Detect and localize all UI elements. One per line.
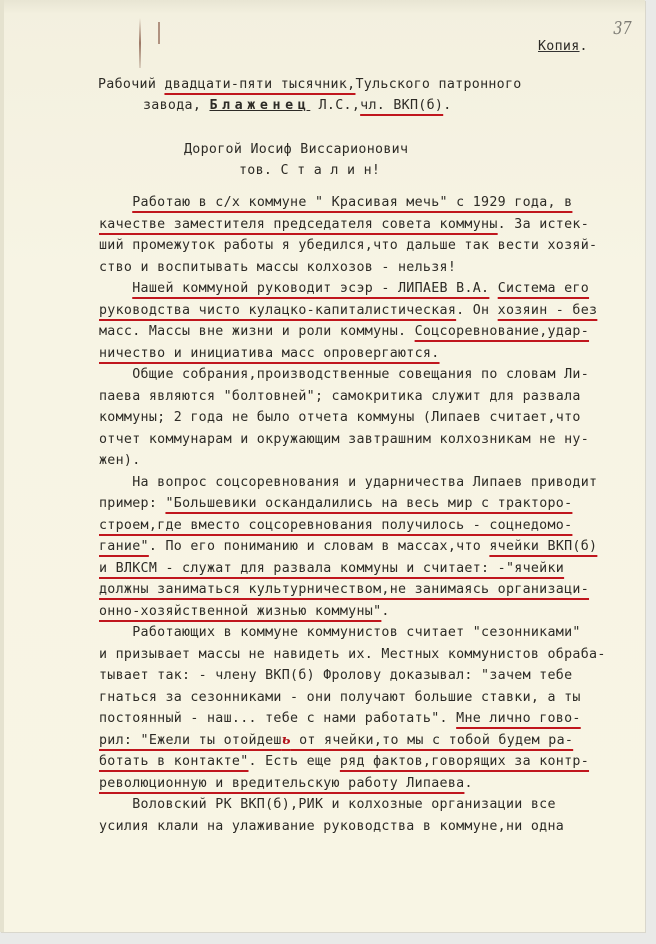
letter-line: строем,где вместо соцсоревнования получи… xyxy=(99,515,606,537)
text-segment: гнаться за сезонниками - они получают бо… xyxy=(99,690,581,705)
underlined-text: ботать в контакте" xyxy=(99,754,249,769)
letter-line: отчет коммунарам и окружающим завтрашним… xyxy=(99,429,606,451)
letter-body: Работаю в с/х коммуне " Красивая мечь" с… xyxy=(99,192,606,837)
underlined-text: руководства чисто кулацко-капиталистичес… xyxy=(99,303,456,318)
letter-line: онно-хозяйственной жизнью коммуны". xyxy=(99,601,606,623)
text-segment: пример: xyxy=(99,496,165,511)
text-segment: . xyxy=(381,604,389,619)
text-segment xyxy=(99,195,132,210)
underlined-text: ь xyxy=(282,733,291,748)
text-segment xyxy=(489,281,497,296)
letter-line: и ВЛКСМ - служат для развала коммуны и с… xyxy=(99,558,606,580)
header-underlined-phrase: двадцати-пяти тысячник, xyxy=(164,77,355,92)
letter-line: На вопрос соцсоревнования и ударничества… xyxy=(99,472,606,494)
text-segment: масс. Массы вне жизни и роли коммуны. xyxy=(99,324,415,339)
text-segment: . Есть еще xyxy=(249,754,340,769)
text-segment: . Он xyxy=(456,303,498,318)
letter-line: пример: "Большевики оскандалились на вес… xyxy=(99,493,606,515)
underlined-text: рил: "Ежели ты отойдеш xyxy=(99,733,282,748)
author-surname: Блаженец xyxy=(209,98,310,113)
letter-line: ничество и инициатива масс опровергаются… xyxy=(99,343,606,365)
underlined-text: хозяин - без xyxy=(498,303,598,318)
party-membership: чл. ВКП(б) xyxy=(360,98,443,113)
letter-line: гание". По его пониманию и словам в масс… xyxy=(99,536,606,558)
underlined-text: от ячейки,то мы с тобой будем ра- xyxy=(291,733,573,748)
copy-mark-label: Копия xyxy=(538,39,580,54)
pencil-mark xyxy=(139,18,141,68)
underlined-text: Система его xyxy=(498,281,589,296)
letter-line: масс. Массы вне жизни и роли коммуны. Со… xyxy=(99,321,606,343)
salutation-line-2: тов. С т а л и н! xyxy=(239,160,380,181)
letter-line: и призывает массы не навидеть их. Местны… xyxy=(99,644,606,666)
text-segment: паева являются "болтовней"; самокритика … xyxy=(99,389,581,404)
letter-line: усилия клали на улаживание руководства в… xyxy=(99,816,606,838)
underlined-text: и ВЛКСМ - служат для развала коммуны и с… xyxy=(99,561,564,576)
text-segment: ший промежуток работы я убедился,что дал… xyxy=(99,238,597,253)
underlined-text: онно-хозяйственной жизнью коммуны" xyxy=(99,604,381,619)
letter-line: гнаться за сезонниками - они получают бо… xyxy=(99,687,606,709)
letter-line: паева являются "болтовней"; самокритика … xyxy=(99,386,606,408)
letter-line: тывает так: - члену ВКП(б) Фролову доказ… xyxy=(99,665,606,687)
text-segment: коммуны; 2 года не было отчета коммуны (… xyxy=(99,410,581,425)
underlined-text: строем,где вместо соцсоревнования получи… xyxy=(99,518,572,533)
underlined-text: "Большевики оскандалились на весь мир с … xyxy=(165,496,572,511)
underlined-text: качестве заместителя председателя совета… xyxy=(99,217,498,232)
letter-line: Нашей коммуной руководит эсэр - ЛИПАЕВ В… xyxy=(99,278,606,300)
text-segment xyxy=(99,281,132,296)
text-segment: Работающих в коммуне коммунистов считает… xyxy=(99,625,581,640)
underlined-text: гание" xyxy=(99,539,149,554)
text-segment: . xyxy=(464,776,472,791)
letter-line: Работаю в с/х коммуне " Красивая мечь" с… xyxy=(99,192,606,214)
letter-line: рил: "Ежели ты отойдешь от ячейки,то мы … xyxy=(99,730,606,752)
text-segment: Общие собрания,производственные совещани… xyxy=(99,367,589,382)
text-segment: постоянный - наш... тебе с нами работать… xyxy=(99,711,456,726)
header-line-1: Рабочий двадцати-пяти тысячник,Тульского… xyxy=(98,74,522,95)
letter-line: ший промежуток работы я убедился,что дал… xyxy=(99,235,606,257)
letter-line: качестве заместителя председателя совета… xyxy=(99,214,606,236)
letter-line: жен). xyxy=(99,450,606,472)
text-segment: . По его пониманию и словам в массах,что xyxy=(149,539,490,554)
text-segment: жен). xyxy=(99,453,141,468)
text-segment: усилия клали на улаживание руководства в… xyxy=(99,819,564,834)
letter-line: Воловский РК ВКП(б),РИК и колхозные орга… xyxy=(99,794,606,816)
header-line-2: завода, Блаженец Л.С.,чл. ВКП(б). xyxy=(143,95,452,116)
underlined-text: Работаю в с/х коммуне " Красивая мечь" с… xyxy=(132,195,572,210)
folio-number: 37 xyxy=(613,18,631,39)
underlined-text: Соцсоревнование,удар- xyxy=(415,324,589,339)
document-page: 37 Копия. Рабочий двадцати-пяти тысячник… xyxy=(0,0,645,932)
underlined-text: ряд фактов,говорящих за контр- xyxy=(340,754,589,769)
letter-line: должны заниматься культурничеством,не за… xyxy=(99,579,606,601)
underlined-text: Нашей коммуной руководит эсэр - ЛИПАЕВ В… xyxy=(132,281,489,296)
letter-line: руководства чисто кулацко-капиталистичес… xyxy=(99,300,606,322)
text-segment: На вопрос соцсоревнования и ударничества… xyxy=(99,475,597,490)
pencil-mark xyxy=(158,22,160,44)
letter-line: постоянный - наш... тебе с нами работать… xyxy=(99,708,606,730)
letter-line: революционную и вредительскую работу Лип… xyxy=(99,773,606,795)
letter-line: Общие собрания,производственные совещани… xyxy=(99,364,606,386)
letter-line: коммуны; 2 года не было отчета коммуны (… xyxy=(99,407,606,429)
underlined-text: ничество и инициатива масс опровергаются… xyxy=(99,346,440,361)
underlined-text: ячейки ВКП(б) xyxy=(489,539,597,554)
text-segment: и призывает массы не навидеть их. Местны… xyxy=(99,647,606,662)
underlined-text: должны заниматься культурничеством,не за… xyxy=(99,582,589,597)
letter-line: ство и воспитывать массы колхозов - нель… xyxy=(99,257,606,279)
letter-line: Работающих в коммуне коммунистов считает… xyxy=(99,622,606,644)
text-segment: . За истек- xyxy=(498,217,589,232)
copy-mark: Копия. xyxy=(538,36,588,57)
text-segment: ство и воспитывать массы колхозов - нель… xyxy=(99,260,456,275)
underlined-text: Мне лично гово- xyxy=(456,711,581,726)
salutation-line-1: Дорогой Иосиф Виссарионович xyxy=(184,139,408,160)
text-segment: отчет коммунарам и окружающим завтрашним… xyxy=(99,432,589,447)
underlined-text: революционную и вредительскую работу Лип… xyxy=(99,776,464,791)
letter-line: ботать в контакте". Есть еще ряд фактов,… xyxy=(99,751,606,773)
text-segment: Воловский РК ВКП(б),РИК и колхозные орга… xyxy=(99,797,556,812)
text-segment: тывает так: - члену ВКП(б) Фролову доказ… xyxy=(99,668,572,683)
